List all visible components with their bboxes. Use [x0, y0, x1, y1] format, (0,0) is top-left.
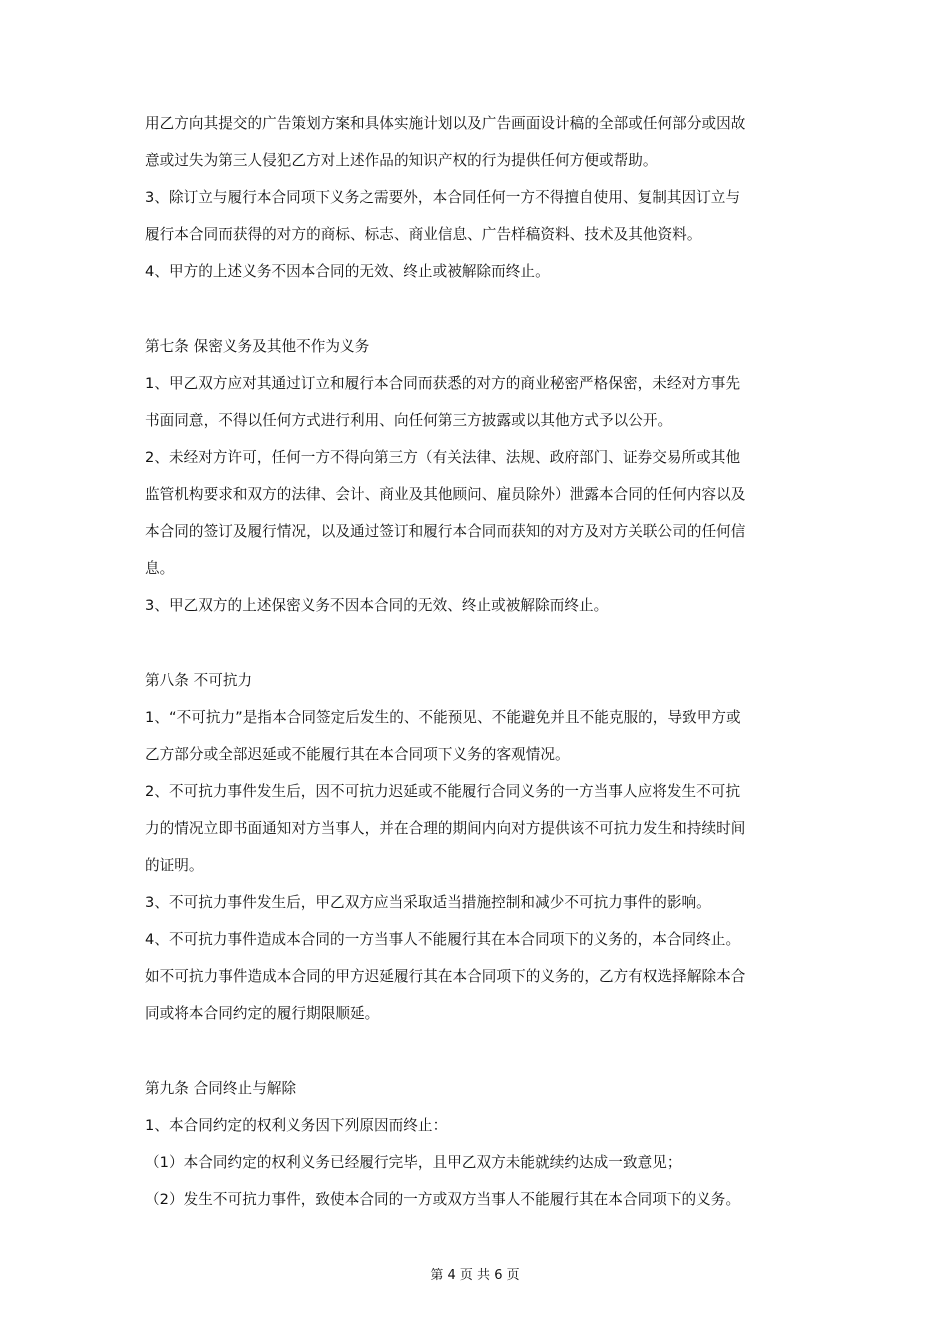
paragraph-line: 1、本合同约定的权利义务因下列原因而终止：	[145, 1116, 447, 1136]
paragraph-line: 的证明。	[145, 856, 204, 876]
paragraph-line: 本合同的签订及履行情况，以及通过签订和履行本合同而获知的对方及对方关联公司的任何…	[145, 522, 745, 542]
paragraph-line: （1）本合同约定的权利义务已经履行完毕，且甲乙双方未能就续约达成一致意见；	[145, 1153, 682, 1173]
paragraph-line: 1、甲乙双方应对其通过订立和履行本合同而获悉的对方的商业秘密严格保密，未经对方事…	[145, 374, 740, 394]
section-heading: 第九条 合同终止与解除	[145, 1079, 296, 1099]
paragraph-line: 3、甲乙双方的上述保密义务不因本合同的无效、终止或被解除而终止。	[145, 596, 608, 616]
section-heading: 第七条 保密义务及其他不作为义务	[145, 337, 369, 357]
paragraph-line: 书面同意，不得以任何方式进行利用、向任何第三方披露或以其他方式予以公开。	[145, 411, 672, 431]
page-number-footer: 第 4 页 共 6 页	[0, 1266, 950, 1286]
paragraph-line: 息。	[145, 559, 174, 579]
document-page: 用乙方向其提交的广告策划方案和具体实施计划以及广告画面设计稿的全部或任何部分或因…	[0, 0, 950, 1344]
paragraph-line: 力的情况立即书面通知对方当事人，并在合理的期间内向对方提供该不可抗力发生和持续时…	[145, 819, 745, 839]
paragraph-line: 意或过失为第三人侵犯乙方对上述作品的知识产权的行为提供任何方便或帮助。	[145, 151, 658, 171]
paragraph-line: 2、不可抗力事件发生后，因不可抗力迟延或不能履行合同义务的一方当事人应将发生不可…	[145, 782, 740, 802]
paragraph-line: 乙方部分或全部迟延或不能履行其在本合同项下义务的客观情况。	[145, 745, 570, 765]
paragraph-line: 监管机构要求和双方的法律、会计、商业及其他顾问、雇员除外）泄露本合同的任何内容以…	[145, 485, 745, 505]
paragraph-line: 同或将本合同约定的履行期限顺延。	[145, 1004, 379, 1024]
paragraph-line: 3、除订立与履行本合同项下义务之需要外，本合同任何一方不得擅自使用、复制其因订立…	[145, 188, 740, 208]
paragraph-line: 履行本合同而获得的对方的商标、标志、商业信息、广告样稿资料、技术及其他资料。	[145, 225, 701, 245]
paragraph-line: 如不可抗力事件造成本合同的甲方迟延履行其在本合同项下的义务的，乙方有权选择解除本…	[145, 967, 745, 987]
paragraph-line: 2、未经对方许可，任何一方不得向第三方（有关法律、法规、政府部门、证券交易所或其…	[145, 448, 740, 468]
section-heading: 第八条 不可抗力	[145, 671, 252, 691]
paragraph-line: （2）发生不可抗力事件，致使本合同的一方或双方当事人不能履行其在本合同项下的义务…	[145, 1190, 740, 1210]
paragraph-line: 1、“不可抗力”是指本合同签定后发生的、不能预见、不能避免并且不能克服的，导致甲…	[145, 708, 741, 728]
paragraph-line: 4、不可抗力事件造成本合同的一方当事人不能履行其在本合同项下的义务的，本合同终止…	[145, 930, 740, 950]
paragraph-line: 用乙方向其提交的广告策划方案和具体实施计划以及广告画面设计稿的全部或任何部分或因…	[145, 114, 745, 134]
paragraph-line: 4、甲方的上述义务不因本合同的无效、终止或被解除而终止。	[145, 262, 550, 282]
paragraph-line: 3、不可抗力事件发生后，甲乙双方应当采取适当措施控制和减少不可抗力事件的影响。	[145, 893, 711, 913]
